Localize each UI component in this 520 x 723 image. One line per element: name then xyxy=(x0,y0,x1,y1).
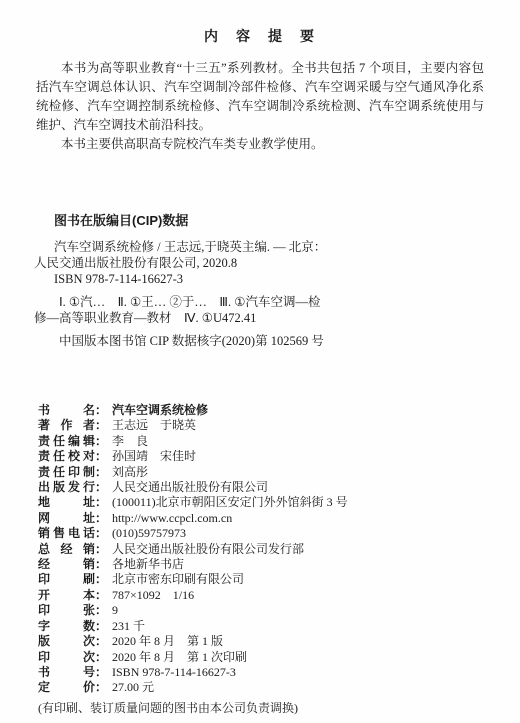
colophon-colon: ： xyxy=(95,511,107,526)
colophon-value: 各地新华书店 xyxy=(112,557,184,572)
colophon-label: 总经销 xyxy=(38,542,95,557)
colophon-value: 汽车空调系统检修 xyxy=(112,403,208,418)
colophon-value: 787×1092 1/16 xyxy=(112,588,194,603)
content-summary-paragraph-1: 本书为高等职业教育“十三五”系列教材。全书共包括 7 个项目，主要内容包括汽车空… xyxy=(36,59,484,135)
cip-section: 图书在版编目(CIP)数据 汽车空调系统检修 / 王志远,于晓英主编. — 北京… xyxy=(34,210,486,349)
colophon-value: 2020 年 8 月 第 1 版 xyxy=(112,634,223,649)
colophon-row-publisher: 出版发行：人民交通出版社股份有限公司 xyxy=(38,480,482,495)
colophon-colon: ： xyxy=(95,403,107,418)
cip-classification-line-2: 修—高等职业教育—教材 Ⅳ. ①U472.41 xyxy=(34,310,486,326)
colophon-value: 北京市密东印刷有限公司 xyxy=(112,572,244,587)
colophon-label: 印刷 xyxy=(38,572,95,587)
colophon-label: 印张 xyxy=(38,603,95,618)
colophon-row-proofreaders: 责任校对：孙国靖 宋佳时 xyxy=(38,449,482,464)
colophon-row-editor: 责任编辑：李 良 xyxy=(38,434,482,449)
colophon-value: 刘高彤 xyxy=(112,465,148,480)
colophon-label: 销售电话 xyxy=(38,526,95,541)
colophon-label: 地址 xyxy=(38,495,95,510)
colophon-label: 出版发行 xyxy=(38,480,95,495)
colophon-colon: ： xyxy=(95,680,107,695)
cip-record-number-line: 中国版本图书馆 CIP 数据核字(2020)第 102569 号 xyxy=(34,333,486,349)
content-summary-title: 内 容 提 要 xyxy=(36,26,484,46)
colophon-row-website: 网址：http://www.ccpcl.com.cn xyxy=(38,511,482,526)
colophon-label: 印次 xyxy=(38,650,95,665)
colophon-row-sales-phone: 销售电话：(010)59757973 xyxy=(38,526,482,541)
colophon-label: 书号 xyxy=(38,665,95,680)
cip-publisher-line: 人民交通出版社股份有限公司, 2020.8 xyxy=(34,255,486,271)
colophon-label: 责任编辑 xyxy=(38,434,95,449)
colophon-label: 开本 xyxy=(38,588,95,603)
colophon-row-price: 定价：27.00 元 xyxy=(38,680,482,695)
colophon-colon: ： xyxy=(95,418,107,433)
colophon-row-book-title: 书名：汽车空调系统检修 xyxy=(38,403,482,418)
colophon-row-format: 开本：787×1092 1/16 xyxy=(38,588,482,603)
colophon-label: 著作者 xyxy=(38,418,95,433)
content-summary-section: 内 容 提 要 本书为高等职业教育“十三五”系列教材。全书共包括 7 个项目，主… xyxy=(36,26,484,154)
colophon-colon: ： xyxy=(95,665,107,680)
colophon-row-general-distributor: 总经销：人民交通出版社股份有限公司发行部 xyxy=(38,542,482,557)
content-summary-paragraph-2: 本书主要供高职高专院校汽车类专业教学使用。 xyxy=(36,135,484,154)
colophon-colon: ： xyxy=(95,588,107,603)
colophon-label: 书名 xyxy=(38,403,95,418)
colophon-colon: ： xyxy=(95,542,107,557)
colophon-value: 人民交通出版社股份有限公司 xyxy=(112,480,268,495)
colophon-colon: ： xyxy=(95,634,107,649)
colophon-colon: ： xyxy=(95,572,107,587)
cip-classification-line-1: Ⅰ. ①汽… Ⅱ. ①王… ②于… Ⅲ. ①汽车空调—检 xyxy=(34,294,486,310)
colophon-row-isbn: 书号：ISBN 978-7-114-16627-3 xyxy=(38,665,482,680)
cip-title-line: 汽车空调系统检修 / 王志远,于晓英主编. — 北京： xyxy=(34,239,486,255)
colophon-value: 人民交通出版社股份有限公司发行部 xyxy=(112,542,304,557)
colophon-colon: ： xyxy=(95,449,107,464)
colophon-label: 版次 xyxy=(38,634,95,649)
colophon-row-edition: 版次：2020 年 8 月 第 1 版 xyxy=(38,634,482,649)
colophon-row-authors: 著作者：王志远 于晓英 xyxy=(38,418,482,433)
colophon-colon: ： xyxy=(95,434,107,449)
colophon-colon: ： xyxy=(95,603,107,618)
colophon-value: 王志远 于晓英 xyxy=(112,418,196,433)
cip-isbn-line: ISBN 978-7-114-16627-3 xyxy=(34,271,486,287)
colophon-value: (010)59757973 xyxy=(112,526,186,541)
colophon-row-address: 地址：(100011)北京市朝阳区安定门外外馆斜街 3 号 xyxy=(38,495,482,510)
colophon-colon: ： xyxy=(95,480,107,495)
colophon-label: 定价 xyxy=(38,680,95,695)
colophon-label: 责任校对 xyxy=(38,449,95,464)
colophon-label: 责任印制 xyxy=(38,465,95,480)
colophon-section: 书名：汽车空调系统检修 著作者：王志远 于晓英 责任编辑：李 良 责任校对：孙国… xyxy=(38,403,482,716)
colophon-value: 231 千 xyxy=(112,619,145,634)
colophon-row-print-supervisor: 责任印制：刘高彤 xyxy=(38,465,482,480)
colophon-colon: ： xyxy=(95,526,107,541)
colophon-value: 27.00 元 xyxy=(112,680,154,695)
colophon-value: 9 xyxy=(112,603,118,618)
colophon-row-word-count: 字数：231 千 xyxy=(38,619,482,634)
colophon-colon: ： xyxy=(95,465,107,480)
colophon-colon: ： xyxy=(95,650,107,665)
colophon-label: 经销 xyxy=(38,557,95,572)
colophon-colon: ： xyxy=(95,619,107,634)
colophon-label: 字数 xyxy=(38,619,95,634)
colophon-value: 李 良 xyxy=(112,434,148,449)
colophon-row-printer: 印刷：北京市密东印刷有限公司 xyxy=(38,572,482,587)
colophon-row-distributor: 经销：各地新华书店 xyxy=(38,557,482,572)
quality-exchange-note: (有印刷、装订质量问题的图书由本公司负责调换) xyxy=(38,701,482,716)
colophon-value: ISBN 978-7-114-16627-3 xyxy=(112,665,236,680)
colophon-value: http://www.ccpcl.com.cn xyxy=(112,511,232,526)
colophon-value: 2020 年 8 月 第 1 次印刷 xyxy=(112,650,247,665)
colophon-colon: ： xyxy=(95,557,107,572)
colophon-value: (100011)北京市朝阳区安定门外外馆斜街 3 号 xyxy=(112,495,348,510)
copyright-page: 内 容 提 要 本书为高等职业教育“十三五”系列教材。全书共包括 7 个项目，主… xyxy=(0,0,520,723)
colophon-row-impression: 印次：2020 年 8 月 第 1 次印刷 xyxy=(38,650,482,665)
colophon-value: 孙国靖 宋佳时 xyxy=(112,449,196,464)
colophon-colon: ： xyxy=(95,495,107,510)
colophon-label: 网址 xyxy=(38,511,95,526)
colophon-row-printed-sheets: 印张：9 xyxy=(38,603,482,618)
cip-heading: 图书在版编目(CIP)数据 xyxy=(34,210,486,229)
